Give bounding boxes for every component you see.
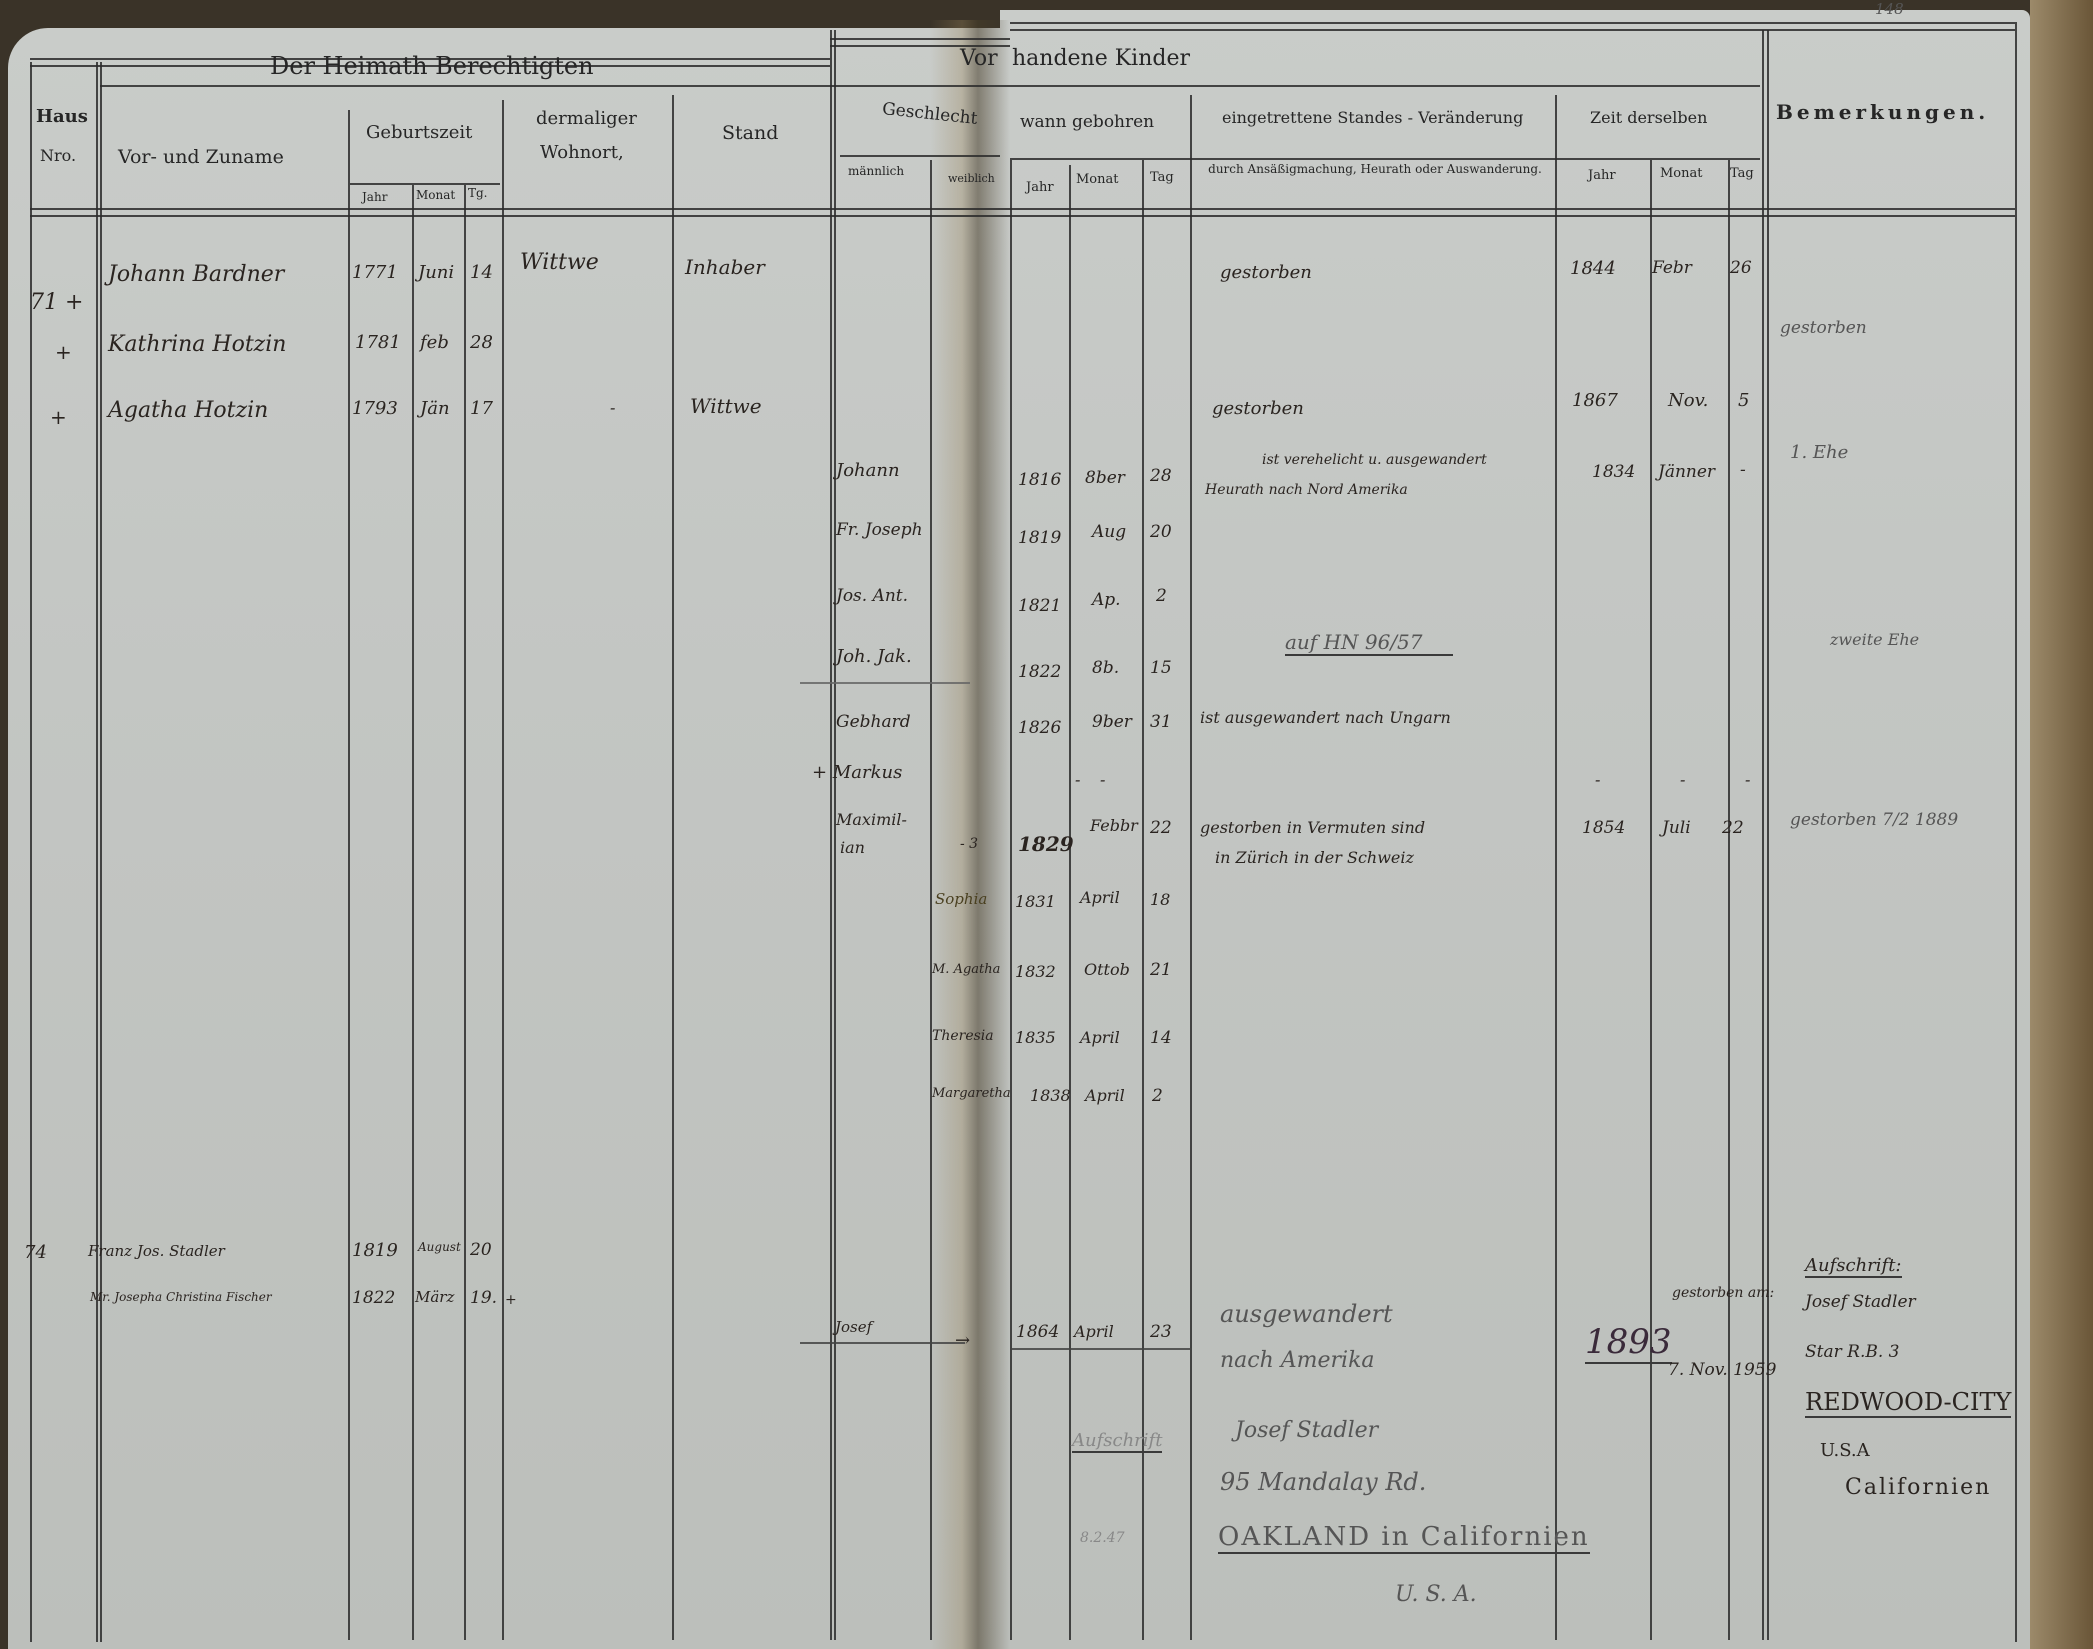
c5-veraenderung: ist ausgewandert nach Ungarn <box>1200 708 1451 727</box>
header-vor-prefix: Vor <box>960 46 998 71</box>
group-header-rule <box>100 85 1760 87</box>
c6-z-tag: - <box>1745 770 1750 789</box>
r4-haus: 74 <box>24 1242 47 1263</box>
r1-z-jahr: 1844 <box>1570 258 1616 279</box>
r1-monat: Juni <box>418 262 454 283</box>
r4-name: Franz Jos. Stadler <box>88 1242 225 1260</box>
r3-monat: Jän <box>420 398 450 419</box>
c1-z-tag: - <box>1740 460 1746 480</box>
c11-kind: Margaretha <box>932 1086 1011 1101</box>
c7-veraenderung-2: in Zürich in der Schweiz <box>1215 848 1414 867</box>
col-line-haus-2 <box>100 62 102 1642</box>
c3-monat: Ap. <box>1092 590 1121 610</box>
header-vorhandene-kinder: handene Kinder <box>1012 46 1190 71</box>
c7-z-jahr: 1854 <box>1582 818 1625 838</box>
c4-monat: 8b. <box>1092 658 1119 678</box>
c2-kind: Fr. Joseph <box>836 520 923 540</box>
c3-bemerkung: zweite Ehe <box>1830 630 1919 649</box>
address-line-2: 95 Mandalay Rd. <box>1220 1468 1426 1496</box>
r1-z-monat: Febr <box>1652 258 1692 278</box>
col-line-stand-2 <box>834 30 836 1640</box>
c8-kind: Sophia <box>935 890 987 908</box>
geschlecht-sub-rule <box>840 155 1000 157</box>
col-line-outer-right <box>2015 22 2017 1642</box>
c12-veraenderung-1: ausgewandert <box>1220 1300 1393 1328</box>
c1-tag: 28 <box>1150 466 1172 486</box>
r4-monat: August <box>418 1240 461 1254</box>
header-wohnort: Wohnort, <box>540 142 624 163</box>
geburtszeit-sub-rule <box>350 183 500 185</box>
header-geb-monat: Monat <box>416 188 455 202</box>
bemerk-address-line-1: Josef Stadler <box>1805 1292 1916 1312</box>
col-line-z-tag-2 <box>1767 30 1769 1640</box>
c6-z-monat: - <box>1680 770 1685 789</box>
r5-tag: 19. <box>470 1288 497 1308</box>
c3-kind: Jos. Ant. <box>836 586 908 606</box>
header-heimath-berechtigten: Der Heimath Berechtigten <box>270 52 594 80</box>
col-line-k-jahr <box>1069 165 1071 1640</box>
top-double-rule-right <box>1010 22 2015 31</box>
col-line-z-jahr <box>1650 160 1652 1640</box>
r3-haus: + <box>50 405 67 429</box>
r3-z-monat: Nov. <box>1668 390 1708 411</box>
c1-veraenderung-2: Heurath nach Nord Amerika <box>1205 482 1408 498</box>
c5-jahr: 1826 <box>1018 718 1061 738</box>
c4-tag: 15 <box>1150 658 1172 678</box>
address-date: 8.2.47 <box>1080 1530 1125 1546</box>
header-k-tag: Tag <box>1150 170 1174 185</box>
c12-z-jahr: 1893 <box>1585 1322 1672 1364</box>
header-haus: Haus <box>36 106 88 127</box>
c4-jahr: 1822 <box>1018 662 1061 682</box>
col-line-tag <box>502 100 504 1640</box>
c7-z-monat: Juli <box>1662 818 1691 838</box>
c9-jahr: 1832 <box>1015 962 1056 981</box>
book-gutter <box>930 20 1010 1649</box>
c4-veraenderung: auf HN 96/57 <box>1285 630 1453 656</box>
r1-z-tag: 26 <box>1730 258 1752 278</box>
r2-monat: feb <box>420 332 449 353</box>
bemerk-address-line-5: Californien <box>1845 1475 1991 1500</box>
open-register-book: 148 Der Heimath Berechtigten Vor handene… <box>0 0 2093 1649</box>
r1-wohnort: Wittwe <box>520 250 599 275</box>
r4-tag: 20 <box>470 1240 492 1260</box>
r2-tag: 28 <box>470 332 493 353</box>
r3-stand: Wittwe <box>690 394 762 418</box>
book-cover-edge <box>2030 0 2093 1649</box>
c7-tag: 22 <box>1150 818 1172 838</box>
r2-haus: + <box>55 340 72 364</box>
c7-mark: - 3 <box>960 836 978 852</box>
header-maennlich: männlich <box>848 164 904 178</box>
col-line-weiblich <box>1010 160 1012 1640</box>
r5-jahr: 1822 <box>352 1288 395 1308</box>
c10-monat: April <box>1080 1028 1120 1047</box>
r1-haus: 71 + <box>30 290 83 315</box>
header-z-jahr: Jahr <box>1588 168 1616 183</box>
c12-arrow-icon: → <box>955 1330 970 1351</box>
header-geburtszeit: Geburtszeit <box>366 122 472 143</box>
c7-kind-1: Maximil- <box>836 810 907 829</box>
r1-tag: 14 <box>470 262 493 283</box>
col-line-stand <box>830 30 832 1640</box>
col-line-z-tag <box>1762 30 1764 1640</box>
c10-kind: Theresia <box>932 1028 994 1044</box>
r1-veraenderung: gestorben <box>1220 262 1312 283</box>
c9-tag: 21 <box>1150 960 1172 980</box>
c8-monat: April <box>1080 888 1120 907</box>
r3-veraenderung: gestorben <box>1212 398 1304 419</box>
r1-jahr: 1771 <box>352 262 398 283</box>
bemerk-address-label: Aufschrift: <box>1805 1255 1902 1278</box>
header-weiblich: weiblich <box>948 172 995 185</box>
header-bemerkungen: Bemerkungen. <box>1776 100 1989 124</box>
header-k-jahr: Jahr <box>1026 180 1054 195</box>
c5-tag: 31 <box>1150 712 1172 732</box>
col-line-k-monat <box>1142 160 1144 1640</box>
r1-name: Johann Bardner <box>108 262 284 287</box>
c1-veraenderung-1: ist verehelicht u. ausgewandert <box>1262 452 1487 468</box>
c1-z-jahr: 1834 <box>1592 462 1635 482</box>
col-line-z-monat <box>1728 160 1730 1640</box>
c12-tag: 23 <box>1150 1322 1172 1342</box>
header-nro: Nro. <box>40 146 76 165</box>
c12-veraenderung-2: nach Amerika <box>1220 1348 1375 1373</box>
col-line-monat <box>464 185 466 1640</box>
header-zeit-derselben: Zeit derselben <box>1590 108 1707 127</box>
c12-underline <box>1012 1348 1192 1350</box>
c7-z-tag: 22 <box>1722 818 1744 838</box>
address-line-1: Josef Stadler <box>1235 1418 1378 1443</box>
c12-z-date: 7. Nov. 1959 <box>1668 1360 1776 1380</box>
header-z-monat: Monat <box>1660 166 1703 181</box>
r1-stand: Inhaber <box>685 255 765 279</box>
header-geb-tag: Tg. <box>468 186 488 200</box>
c6-z-jahr: - <box>1595 770 1600 789</box>
c3-jahr: 1821 <box>1018 596 1061 616</box>
page-number: 148 <box>1875 0 1904 18</box>
c7-bemerkung: gestorben 7/2 1889 <box>1790 810 1958 830</box>
c10-jahr: 1835 <box>1015 1028 1056 1047</box>
c12-arrow-line <box>800 1342 965 1344</box>
c9-kind: M. Agatha <box>932 962 1000 977</box>
c4-kind: Joh. Jak. <box>836 646 912 667</box>
address-line-3: OAKLAND in Californien <box>1218 1522 1590 1554</box>
c7-jahr: 1829 <box>1018 832 1074 856</box>
r3-name: Agatha Hotzin <box>108 398 268 423</box>
c1-bemerkung: 1. Ehe <box>1790 442 1848 463</box>
c1-jahr: 1816 <box>1018 470 1061 490</box>
c6-monat: - <box>1100 770 1105 789</box>
r4-jahr: 1819 <box>352 1240 398 1261</box>
c10-tag: 14 <box>1150 1028 1172 1048</box>
header-k-monat: Monat <box>1076 172 1119 187</box>
c3-tag: 2 <box>1156 586 1167 606</box>
address-line-4: U. S. A. <box>1395 1582 1477 1607</box>
header-vor-und-zuname: Vor- und Zuname <box>118 146 284 168</box>
col-line-name <box>348 110 350 1640</box>
c11-jahr: 1838 <box>1030 1086 1071 1105</box>
c7-kind-2: ian <box>840 838 865 857</box>
c7-veraenderung-1: gestorben in Vermuten sind <box>1200 818 1425 837</box>
r5-name: Mr. Josepha Christina Fischer <box>90 1290 272 1304</box>
r3-z-tag: 5 <box>1738 390 1749 411</box>
bemerk-address-line-3: REDWOOD-CITY <box>1805 1388 2011 1418</box>
r2-name: Kathrina Hotzin <box>108 332 286 357</box>
header-standes-sub: durch Ansäßigmachung, Heurath oder Auswa… <box>1205 160 1545 178</box>
header-wann-gebohren: wann gebohren <box>1020 112 1154 132</box>
r5-mark: + <box>505 1292 517 1308</box>
c5-monat: 9ber <box>1092 712 1132 732</box>
r3-wohnort: - <box>610 398 615 417</box>
col-line-jahr <box>412 185 414 1640</box>
r5-monat: März <box>415 1288 454 1306</box>
c5-kind: Gebhard <box>836 712 911 732</box>
c12-z-note: gestorben am: <box>1672 1285 1774 1301</box>
header-bottom-rule <box>30 208 2015 217</box>
c12-jahr: 1864 <box>1016 1322 1059 1342</box>
r3-z-jahr: 1867 <box>1572 390 1618 411</box>
c2-monat: Aug <box>1092 522 1126 542</box>
c12-monat: April <box>1074 1322 1114 1341</box>
bemerk-address-line-2: Star R.B. 3 <box>1805 1342 1899 1362</box>
bemerk-address-line-4: U.S.A <box>1820 1440 1870 1461</box>
col-line-haus <box>96 62 98 1642</box>
c8-tag: 18 <box>1150 890 1170 909</box>
c12-kind: Josef <box>835 1318 872 1336</box>
c1-z-monat: Jänner <box>1658 462 1715 482</box>
header-z-tag: Tag <box>1730 166 1754 181</box>
c6-jahr: - <box>1075 770 1080 789</box>
r3-jahr: 1793 <box>352 398 398 419</box>
c6-kind: + Markus <box>812 762 902 783</box>
header-standes-veraenderung: eingetrettene Standes - Veränderung <box>1222 108 1523 127</box>
col-line-wohnort <box>672 95 674 1640</box>
c4-strike-line <box>800 682 970 684</box>
r3-tag: 17 <box>470 398 493 419</box>
header-stand: Stand <box>722 122 778 144</box>
c7-monat: Febbr <box>1090 816 1138 835</box>
c1-monat: 8ber <box>1085 468 1125 488</box>
header-geb-jahr: Jahr <box>362 190 387 204</box>
c2-jahr: 1819 <box>1018 528 1061 548</box>
c11-monat: April <box>1085 1086 1125 1105</box>
header-dermaliger: dermaliger <box>536 108 637 129</box>
r2-jahr: 1781 <box>355 332 401 353</box>
col-line-veraenderung <box>1555 95 1557 1640</box>
col-line-k-tag <box>1190 95 1192 1640</box>
r2-bemerkung: gestorben <box>1780 318 1867 338</box>
col-line-maennlich <box>930 160 932 1640</box>
c9-monat: Ottob <box>1084 960 1130 979</box>
c11-tag: 2 <box>1152 1086 1163 1106</box>
c8-jahr: 1831 <box>1015 892 1056 911</box>
c1-kind: Johann <box>836 460 900 481</box>
address-label: Aufschrift <box>1072 1430 1162 1453</box>
c2-tag: 20 <box>1150 522 1172 542</box>
